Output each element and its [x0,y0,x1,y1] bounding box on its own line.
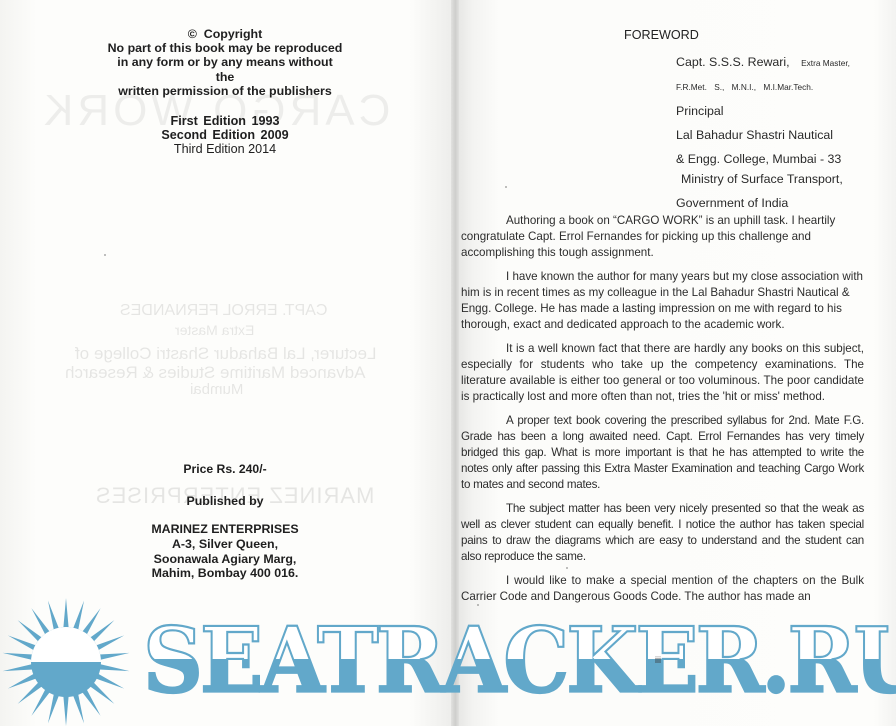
book-price: Price Rs. 240/- [60,462,390,476]
bleed-through-line: Lecturer, Lal Bahadur Shastri College of [75,344,376,364]
bleed-through-line: Advanced Maritime Studies & Research [65,363,365,383]
author-title-suffix: Extra Master, [801,58,850,68]
publisher-address-line: Soonawala Agiary Marg, [60,552,390,567]
copyright-line: in any form or by any means without [60,55,390,69]
print-speck [104,254,106,256]
author-institution: Lal Bahadur Shastri Nautical [676,123,850,147]
publisher-address-line: Mahim, Bombay 400 016. [60,566,390,581]
foreword-author-block: Capt. S.S.S. Rewari, Extra Master, F.R.M… [676,50,850,171]
page-number: iii [655,655,661,665]
print-speck [566,567,568,569]
copyright-heading: © Copyright [60,27,390,41]
publisher-address-line: A-3, Silver Queen, [60,537,390,552]
bleed-through-line: Mumbai [190,381,243,398]
copyright-notice: © Copyright No part of this book may be … [60,27,390,98]
foreword-heading: FOREWORD [624,28,699,42]
sun-icon [0,596,132,726]
watermark: SEATRACKER.RU SEATRACKER.RU [0,596,896,712]
published-by-label: Published by [60,494,390,508]
copyright-line: written permission of the publishers [60,84,390,98]
first-edition: First Edition 1993 [60,114,390,128]
foreword-paragraph: The subject matter has been very nicely … [461,501,864,565]
foreword-paragraph: Authoring a book on “CARGO WORK” is an u… [461,213,864,261]
foreword-paragraph: A proper text book covering the prescrib… [461,413,864,493]
ministry-block: Ministry of Surface Transport, Governmen… [676,167,843,215]
bleed-through-line: CAPT. ERROL FERNANDES [120,302,327,320]
author-name: Capt. S.S.S. Rewari, [676,55,790,69]
copyright-symbol: © [188,27,197,41]
foreword-body: Authoring a book on “CARGO WORK” is an u… [461,213,864,613]
second-edition: Second Edition 2009 [60,128,390,142]
government-name: Government of India [676,191,843,215]
ministry-name: Ministry of Surface Transport, [676,167,843,191]
publisher-name: MARINEZ ENTERPRISES [60,522,390,537]
author-role: Principal [676,99,850,123]
bleed-through-line: Extra Master [175,322,254,338]
copyright-line: No part of this book may be reproduced [60,41,390,55]
author-credentials: F.R.Met. S., M.N.I., M.I.Mar.Tech. [676,75,850,99]
foreword-paragraph: It is a well known fact that there are h… [461,341,864,405]
third-edition: Third Edition 2014 [60,142,390,156]
publisher-block: MARINEZ ENTERPRISES A-3, Silver Queen, S… [60,522,390,581]
book-spread: CARGO WORK CAPT. ERROL FERNANDES Extra M… [0,0,896,726]
print-speck [505,186,507,188]
edition-history: First Edition 1993 Second Edition 2009 T… [60,114,390,157]
author-name-line: Capt. S.S.S. Rewari, Extra Master, [676,50,850,75]
foreword-paragraph: I have known the author for many years b… [461,269,864,333]
copyright-line: the [60,70,390,84]
